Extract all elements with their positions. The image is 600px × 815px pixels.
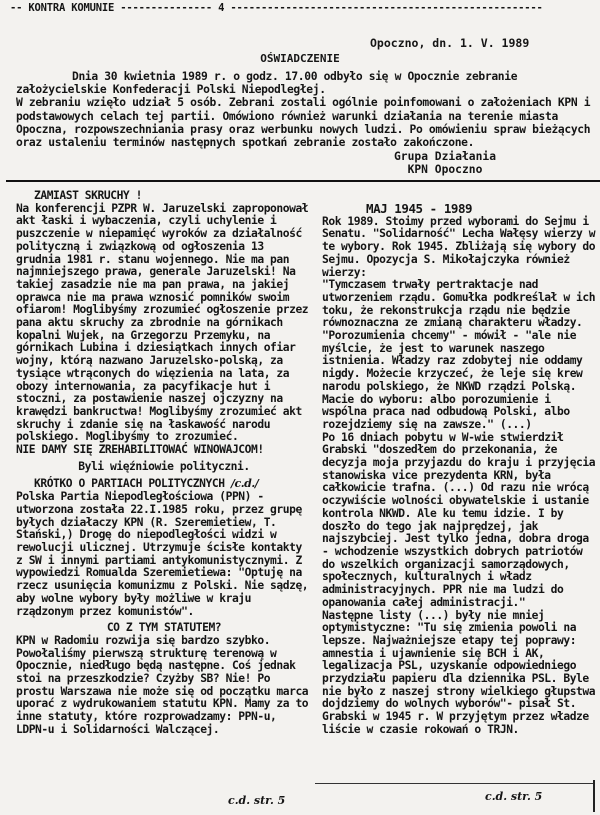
declaration-paragraph: Dnia 30 kwietnia 1989 r. o godz. 17.00 o… [16,70,591,96]
article-title: CO Z TYM STATUTEM? [16,622,312,635]
article-body: Na konferencji PZPR W. Jaruzelski zaprop… [16,203,312,444]
right-column: MAJ 1945 - 1989 Rok 1989. Stoimy przed w… [322,203,600,737]
footer-rule [315,783,595,784]
header-dashes-right: ----------------------------------------… [230,2,542,14]
continued-note: c.d. str. 5 [228,794,285,807]
newsletter-page: -- KONTRA KOMUNIE --------------- 4 ----… [0,0,600,815]
left-column: ZAMIAST SKRUCHY ! Na konferencji PZPR W.… [16,190,312,737]
place-date: Opoczno, dn. 1. V. 1989 [370,36,529,50]
article-body: KPN w Radomiu rozwija się bardzo szybko.… [16,635,312,737]
declaration-body: Dnia 30 kwietnia 1989 r. o godz. 17.00 o… [16,70,591,149]
article-signature: Byli więźniowie polityczni. [16,461,312,474]
section-divider [6,180,600,182]
margin-bar [593,780,595,812]
running-header: -- KONTRA KOMUNIE --------------- 4 ----… [10,2,595,14]
declaration-title: OŚWIADCZENIE [0,52,600,65]
article-body: Polska Partia Niepodległościowa (PPN) - … [16,491,312,618]
article-body: Rok 1989. Stoimy przed wyborami do Sejmu… [322,216,600,280]
article-title-text: KRÓTKO O PARTIACH POLITYCZNYCH [34,477,225,490]
running-title: -- KONTRA KOMUNIE [10,2,120,14]
article-title: ZAMIAST SKRUCHY ! [16,190,312,203]
article-body: Po 16 dniach pobytu w W-wie stwierdził G… [322,432,600,610]
article-slogan: NIE DAMY SIĘ ZREHABILITOWAĆ WINOWAJCOM! [16,444,312,457]
handwritten-note: /c.d./ [231,477,258,490]
declaration-paragraph: W zebraniu wzięło udział 5 osób. Zebrani… [16,96,591,149]
article-title: MAJ 1945 - 1989 [322,203,600,216]
continued-note: c.d. str. 5 [485,790,542,803]
signature-line: Grupa Działania [355,150,535,163]
header-dashes-left: --------------- [120,2,212,14]
signature-line: KPN Opoczno [355,163,535,176]
article-body: Następne listy (...) były nie mniej opty… [322,610,600,737]
article-body: "Tymczasem trwały pertraktacje nad utwor… [322,279,600,431]
declaration-signature: Grupa Działania KPN Opoczno [355,150,535,176]
